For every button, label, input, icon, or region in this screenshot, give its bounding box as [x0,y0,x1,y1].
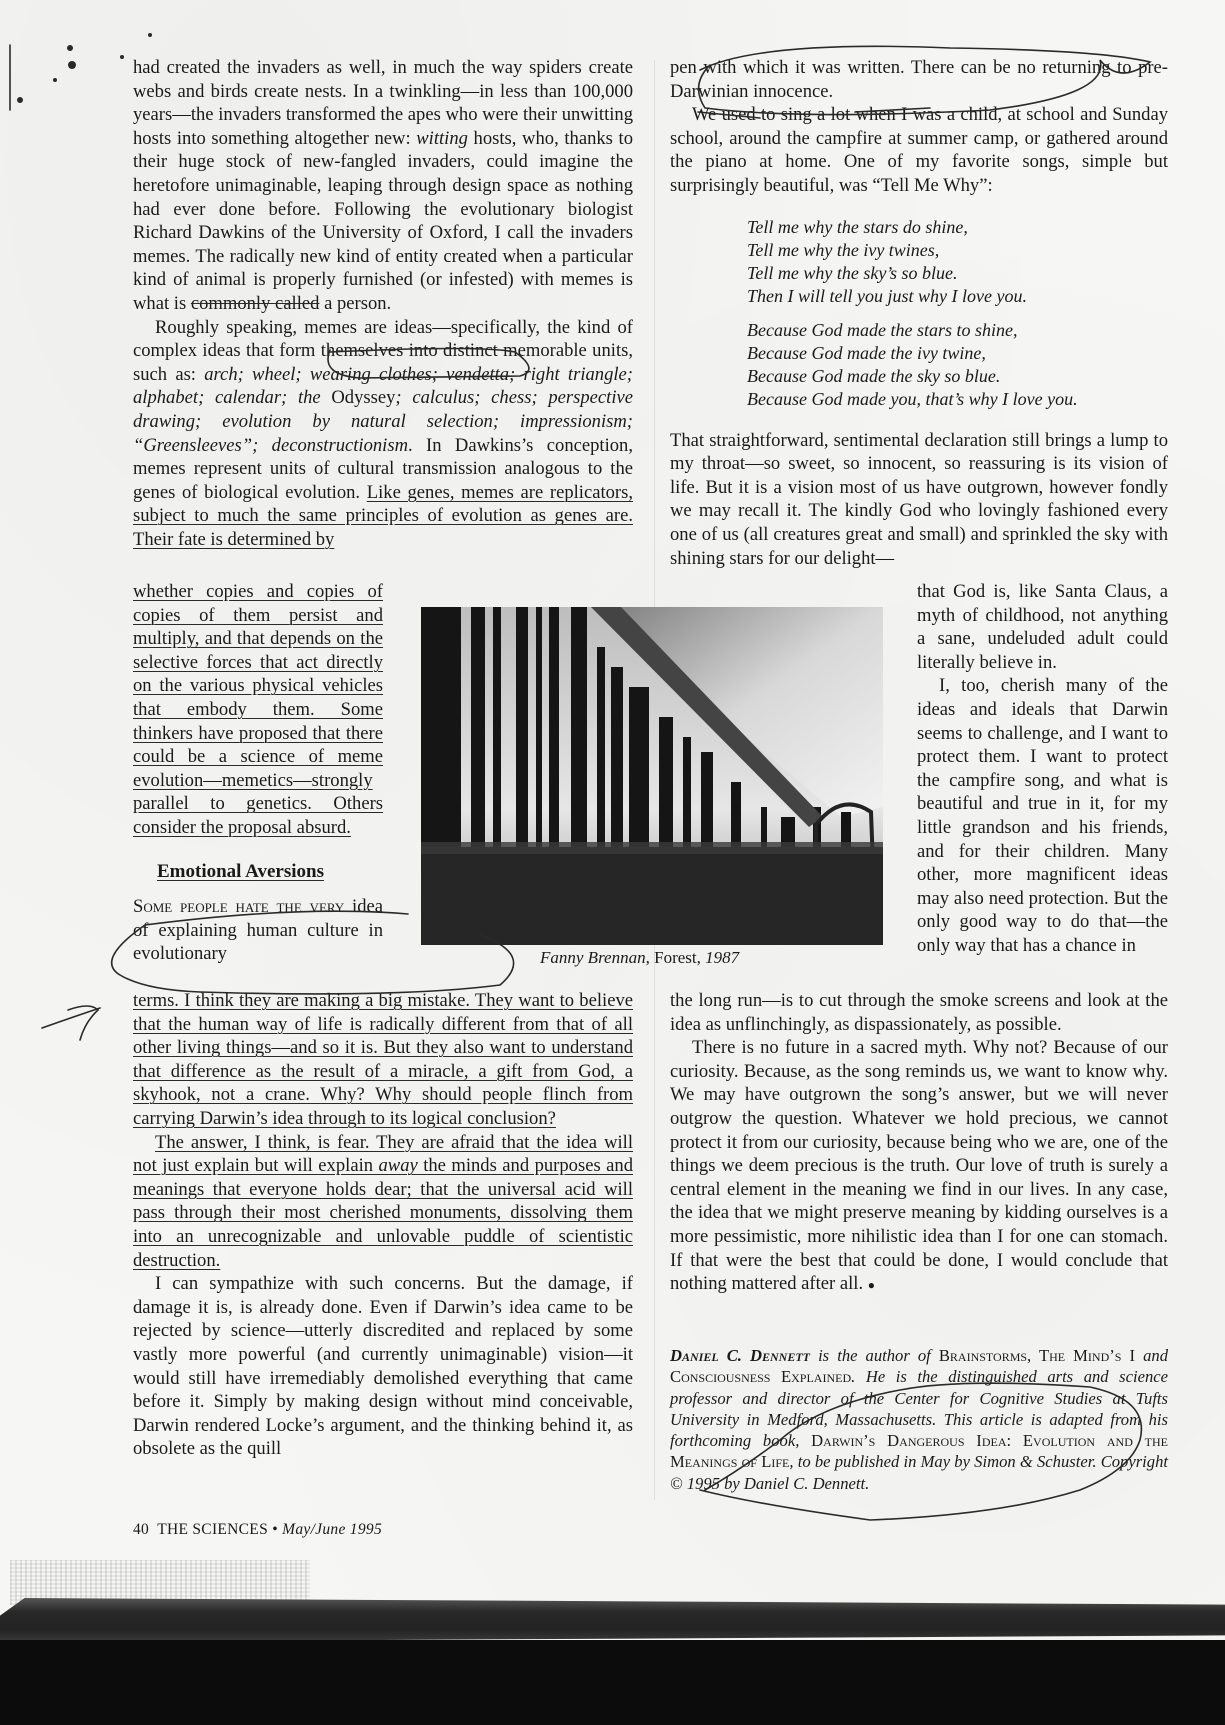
verse-line: Tell me why the ivy twines, [747,239,1168,262]
scan-specks [17,33,152,103]
section-heading: Emotional Aversions [157,860,383,884]
figure-caption: Fanny Brennan, Forest, 1987 [540,948,739,968]
paragraph-sympathize: I can sympathize with such concerns. But… [133,1272,633,1461]
page-footer: 40 THE SCIENCES • May/June 1995 [133,1521,382,1539]
forest-illustration [421,607,883,945]
right-column-top: pen with which it was written. There can… [670,56,1168,570]
page-number: 40 [133,1521,149,1538]
right-column-narrow: that God is, like Santa Claus, a myth of… [917,580,1168,958]
verse-line: Because God made the sky so blue. [747,365,1168,388]
arrow-annotation [42,1006,100,1040]
paragraph-long-run: the long run—is to cut through the smoke… [670,989,1168,1036]
song-verse-2: Because God made the stars to shine, Bec… [747,319,1168,411]
magazine-name: THE SCIENCES [157,1521,268,1538]
paragraph-big-mistake: terms. I think they are making a big mis… [133,989,633,1131]
paragraph-santa: that God is, like Santa Claus, a myth of… [917,580,1168,674]
paragraph-fear: The answer, I think, is fear. They are a… [133,1131,633,1273]
paragraph-memes-are-ideas: Roughly speaking, memes are ideas—specif… [133,316,633,552]
verse-line: Tell me why the stars do shine, [747,216,1168,239]
forest-painting-image [421,607,883,945]
paragraph-pen: pen with which it was written. There can… [670,56,1168,103]
paragraph-sacred-myth: There is no future in a sacred myth. Why… [670,1036,1168,1298]
verse-line: Because God made the stars to shine, [747,319,1168,342]
left-column-narrow: whether copies and copies of copies of t… [133,580,383,966]
paragraph-sentimental: That straightforward, sentimental declar… [670,429,1168,571]
footer-separator: • [272,1521,278,1538]
paragraph-copies: whether copies and copies of copies of t… [133,580,383,840]
scan-edge-shadow [0,1598,1225,1642]
left-column-top: had created the invaders as well, in muc… [133,56,633,551]
paragraph-lead: Some people hate the very idea of explai… [133,895,383,966]
paragraph-invaders: had created the invaders as well, in muc… [133,56,633,316]
verse-line: Then I will tell you just why I love you… [747,285,1168,308]
verse-line: Tell me why the sky’s so blue. [747,262,1168,285]
scanned-magazine-page: had created the invaders as well, in muc… [0,0,1225,1640]
author-bio: Daniel C. Dennett is the author of Brain… [670,1345,1168,1494]
scan-border [0,1640,1225,1725]
left-column-bottom: terms. I think they are making a big mis… [133,989,633,1461]
verse-line: Because God made the ivy twine, [747,342,1168,365]
end-mark-icon: ● [868,1278,875,1292]
right-column-bottom: the long run—is to cut through the smoke… [670,989,1168,1298]
song-verse-1: Tell me why the stars do shine, Tell me … [747,216,1168,308]
verse-line: Because God made you, that’s why I love … [747,388,1168,411]
paragraph-cherish: I, too, cherish many of the ideas and id… [917,674,1168,957]
paragraph-sing: We used to sing a lot when I was a child… [670,103,1168,197]
issue-date: May/June 1995 [282,1521,382,1538]
